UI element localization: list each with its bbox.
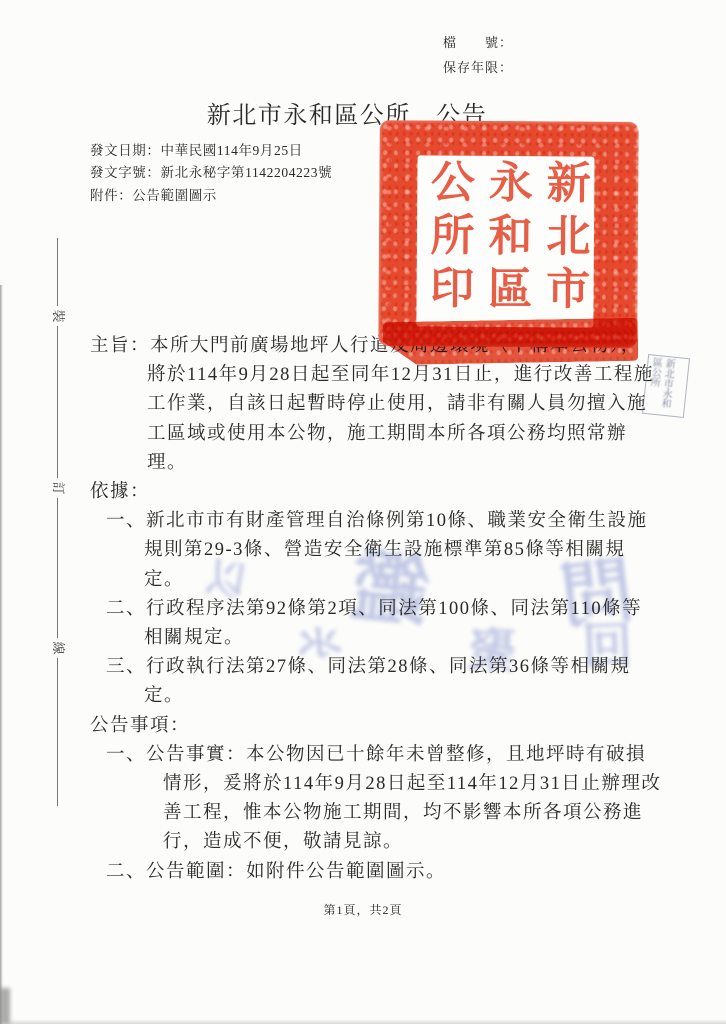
seal-ink-smear <box>383 318 639 365</box>
announcement-page: 檔 號： 保存年限： 新北市永和區公所 公告 發文日期：中華民國114年9月25… <box>0 0 726 1024</box>
body-line: 善工程，惟本公物施工期間，均不影響本所各項公務進 <box>0 799 726 828</box>
meta-block: 發文日期：中華民國114年9月25日 發文字號：新北永秘字第1142204223… <box>90 140 332 207</box>
body-line: 定。 <box>0 682 726 711</box>
body-line: 一、公告事實：本公物因已十餘年未曾整修，且地坪時有破損 <box>0 741 726 770</box>
body-line: 規則第29-3條、營造安全衛生設施標準第85條等相關規 <box>0 536 726 565</box>
body-line: 行，造成不便，敬請見諒。 <box>0 828 726 857</box>
body-line: 情形，爰將於114年9月28日起至114年12月31日止辦理改 <box>0 770 726 799</box>
scan-edge-bottom <box>0 1019 726 1024</box>
body-line: 理。 <box>0 449 726 478</box>
side-verification-stamp: 新北市永和區公所 <box>642 354 690 418</box>
issue-number: 發文字號：新北永秘字第1142204223號 <box>90 162 332 184</box>
page-number: 第1頁，共2頁 <box>0 901 726 918</box>
body-line: 定。 <box>0 566 726 595</box>
binding-mark-zhuang: 裝 <box>50 306 66 326</box>
file-no-label: 檔 號： <box>443 30 513 55</box>
body-line: 工作業，自該日起暫時停止使用，請非有關人員勿擅入施 <box>0 390 726 419</box>
body-line: 工區域或使用本公物，施工期間本所各項公務均照常辦 <box>0 420 726 449</box>
official-seal-characters: 新北市永和區公所印 <box>418 158 593 325</box>
official-seal-stamp: 新北市永和區公所印 <box>378 120 639 348</box>
body-line: 二、公告範圍：如附件公告範圍圖示。 <box>0 858 726 887</box>
body-line: 一、新北市市有財產管理自治條例第10條、職業安全衛生設施 <box>0 507 726 536</box>
body-line: 將於114年9月28日起至同年12月31日止，進行改善工程施 <box>0 361 726 390</box>
official-seal-inner: 新北市永和區公所印 <box>416 155 594 327</box>
scan-edge-left <box>0 285 3 1024</box>
body-text: 主旨：本所大門前廣場地坪人行道及周邊環境（下稱本公物），將於114年9月28日起… <box>0 332 726 887</box>
file-header: 檔 號： 保存年限： <box>443 30 513 80</box>
body-line: 公告事項： <box>0 712 726 741</box>
retention-label: 保存年限： <box>443 55 513 80</box>
issue-date: 發文日期：中華民國114年9月25日 <box>90 140 332 162</box>
body-line: 依據： <box>0 478 726 507</box>
side-stamp-characters: 新北市永和區公所 <box>643 355 677 414</box>
body-line: 相關規定。 <box>0 624 726 653</box>
body-line: 三、行政執行法第27條、同法第28條、同法第36條等相關規 <box>0 653 726 682</box>
body-line: 二、行政程序法第92條第2項、同法第100條、同法第110條等 <box>0 595 726 624</box>
attachment-note: 附件：公告範圍圖示 <box>90 185 332 207</box>
